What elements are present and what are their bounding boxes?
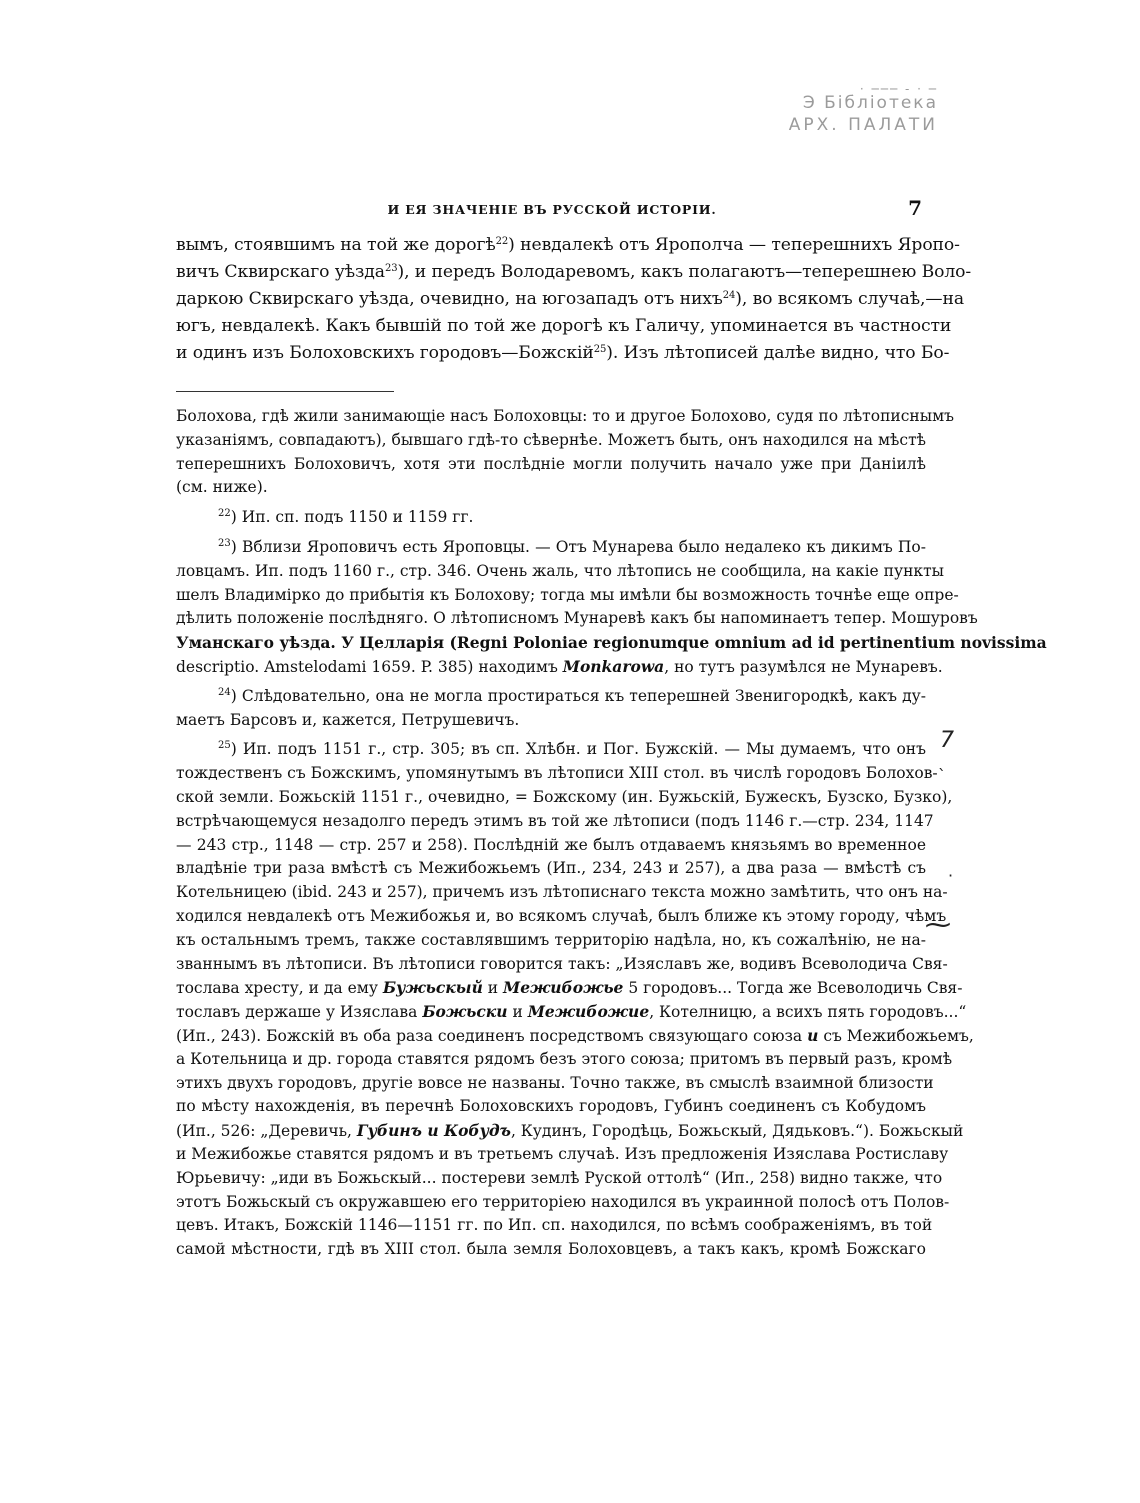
margin-annotation-4: ⁓	[925, 910, 951, 940]
body-text: вымъ, стоявшимъ на той же дорогѣ22) невд…	[176, 232, 926, 367]
library-stamp: · ─── - · ─ Э Бібліотека АРХ. ПАЛАТИ	[748, 78, 938, 136]
body-line: вичъ Сквирскаго уѣзда23), и передъ Волод…	[176, 259, 926, 286]
footnote-24: 24) Слѣдовательно, она не могла простира…	[176, 685, 926, 733]
footnote-25: 25) Ип. подъ 1151 г., стр. 305; въ сп. Х…	[176, 738, 926, 1262]
footnote-23: 23) Вблизи Яроповичъ есть Яроповцы. — От…	[176, 536, 926, 679]
running-title: И ЕЯ ЗНАЧЕНІЕ ВЪ РУССКОЙ ИСТОРІИ.	[176, 202, 928, 217]
margin-annotation-3: ·	[948, 866, 953, 885]
stamp-line-2: Э Бібліотека	[748, 92, 938, 114]
footnote-separator	[176, 391, 394, 392]
margin-annotation-1: 7	[940, 728, 954, 753]
page-number: 7	[908, 196, 922, 220]
footnotes: Болохова, гдѣ жили занимающіе насъ Болох…	[176, 405, 926, 1262]
body-line: и одинъ изъ Болоховскихъ городовъ—Божскі…	[176, 340, 926, 367]
body-line: даркою Сквирскаго уѣзда, очевидно, на юг…	[176, 286, 926, 313]
footnote-continuation: Болохова, гдѣ жили занимающіе насъ Болох…	[176, 405, 926, 500]
margin-annotation-2: ˎ	[938, 752, 946, 771]
stamp-line-3: АРХ. ПАЛАТИ	[748, 114, 938, 136]
body-line: вымъ, стоявшимъ на той же дорогѣ22) невд…	[176, 232, 926, 259]
footnote-22: 22) Ип. сп. подъ 1150 и 1159 гг.	[176, 506, 926, 530]
body-line: югъ, невдалекѣ. Какъ бывшій по той же до…	[176, 313, 926, 340]
stamp-line-1: · ─── - · ─	[748, 78, 938, 92]
running-head: И ЕЯ ЗНАЧЕНІЕ ВЪ РУССКОЙ ИСТОРІИ. 7	[176, 196, 928, 220]
